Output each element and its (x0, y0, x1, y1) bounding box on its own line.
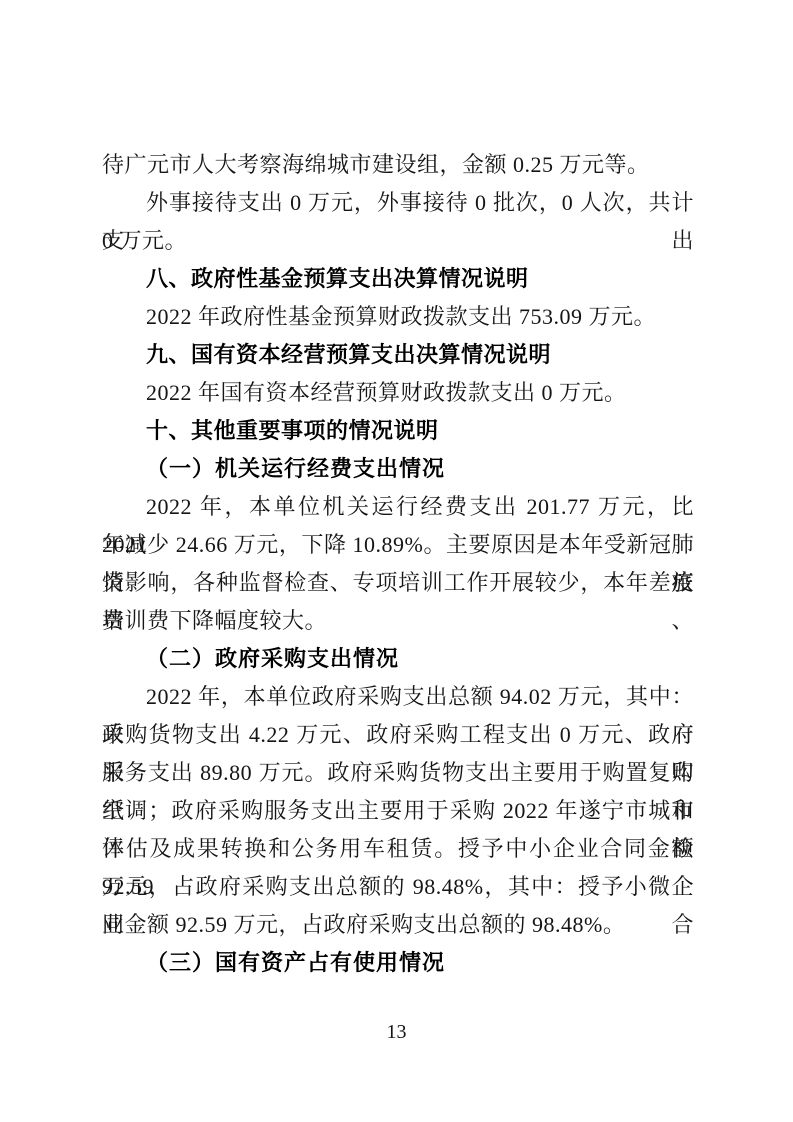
paragraph-line: 待广元市人大考察海绵城市建设组，金额 0.25 万元等。 (102, 146, 694, 184)
heading-subsection-2: （二）政府采购支出情况 (102, 640, 694, 678)
paragraph-line: 2022 年，本单位政府采购支出总额 94.02 万元，其中：政府 (102, 678, 694, 716)
heading-section-8: 八、政府性基金预算支出决算情况说明 (102, 260, 694, 298)
paragraph-line: 空调；政府采购服务支出主要用于采购 2022 年遂宁市城市体检 (102, 792, 694, 830)
paragraph-line: 情影响，各种监督检查、专项培训工作开展较少，本年差旅费、 (102, 564, 694, 602)
page-body-text: 待广元市人大考察海绵城市建设组，金额 0.25 万元等。 外事接待支出 0 万元… (102, 146, 694, 982)
paragraph-line: 服务支出 89.80 万元。政府采购货物支出主要用于购置复印纸和 (102, 754, 694, 792)
paragraph-line: 外事接待支出 0 万元，外事接待 0 批次，0 人次，共计支出 (102, 184, 694, 222)
paragraph-line: 同金额 92.59 万元，占政府采购支出总额的 98.48%。 (102, 906, 694, 944)
paragraph-line: 采购货物支出 4.22 万元、政府采购工程支出 0 万元、政府采购 (102, 716, 694, 754)
heading-section-10: 十、其他重要事项的情况说明 (102, 412, 694, 450)
document-page: 待广元市人大考察海绵城市建设组，金额 0.25 万元等。 外事接待支出 0 万元… (0, 0, 793, 1122)
heading-subsection-3: （三）国有资产占有使用情况 (102, 944, 694, 982)
heading-subsection-1: （一）机关运行经费支出情况 (102, 450, 694, 488)
paragraph-line: 2022 年政府性基金预算财政拨款支出 753.09 万元。 (102, 298, 694, 336)
page-number: 13 (0, 1018, 793, 1046)
paragraph-line: 年减少 24.66 万元，下降 10.89%。主要原因是本年受新冠肺炎疫 (102, 526, 694, 564)
paragraph-line: 2022 年，本单位机关运行经费支出 201.77 万元，比 2021 (102, 488, 694, 526)
paragraph-line: 评估及成果转换和公务用车租赁。授予中小企业合同金额 92.59 (102, 830, 694, 868)
paragraph-line: 万元，占政府采购支出总额的 98.48%，其中：授予小微企业合 (102, 868, 694, 906)
heading-section-9: 九、国有资本经营预算支出决算情况说明 (102, 336, 694, 374)
paragraph-line: 2022 年国有资本经营预算财政拨款支出 0 万元。 (102, 374, 694, 412)
